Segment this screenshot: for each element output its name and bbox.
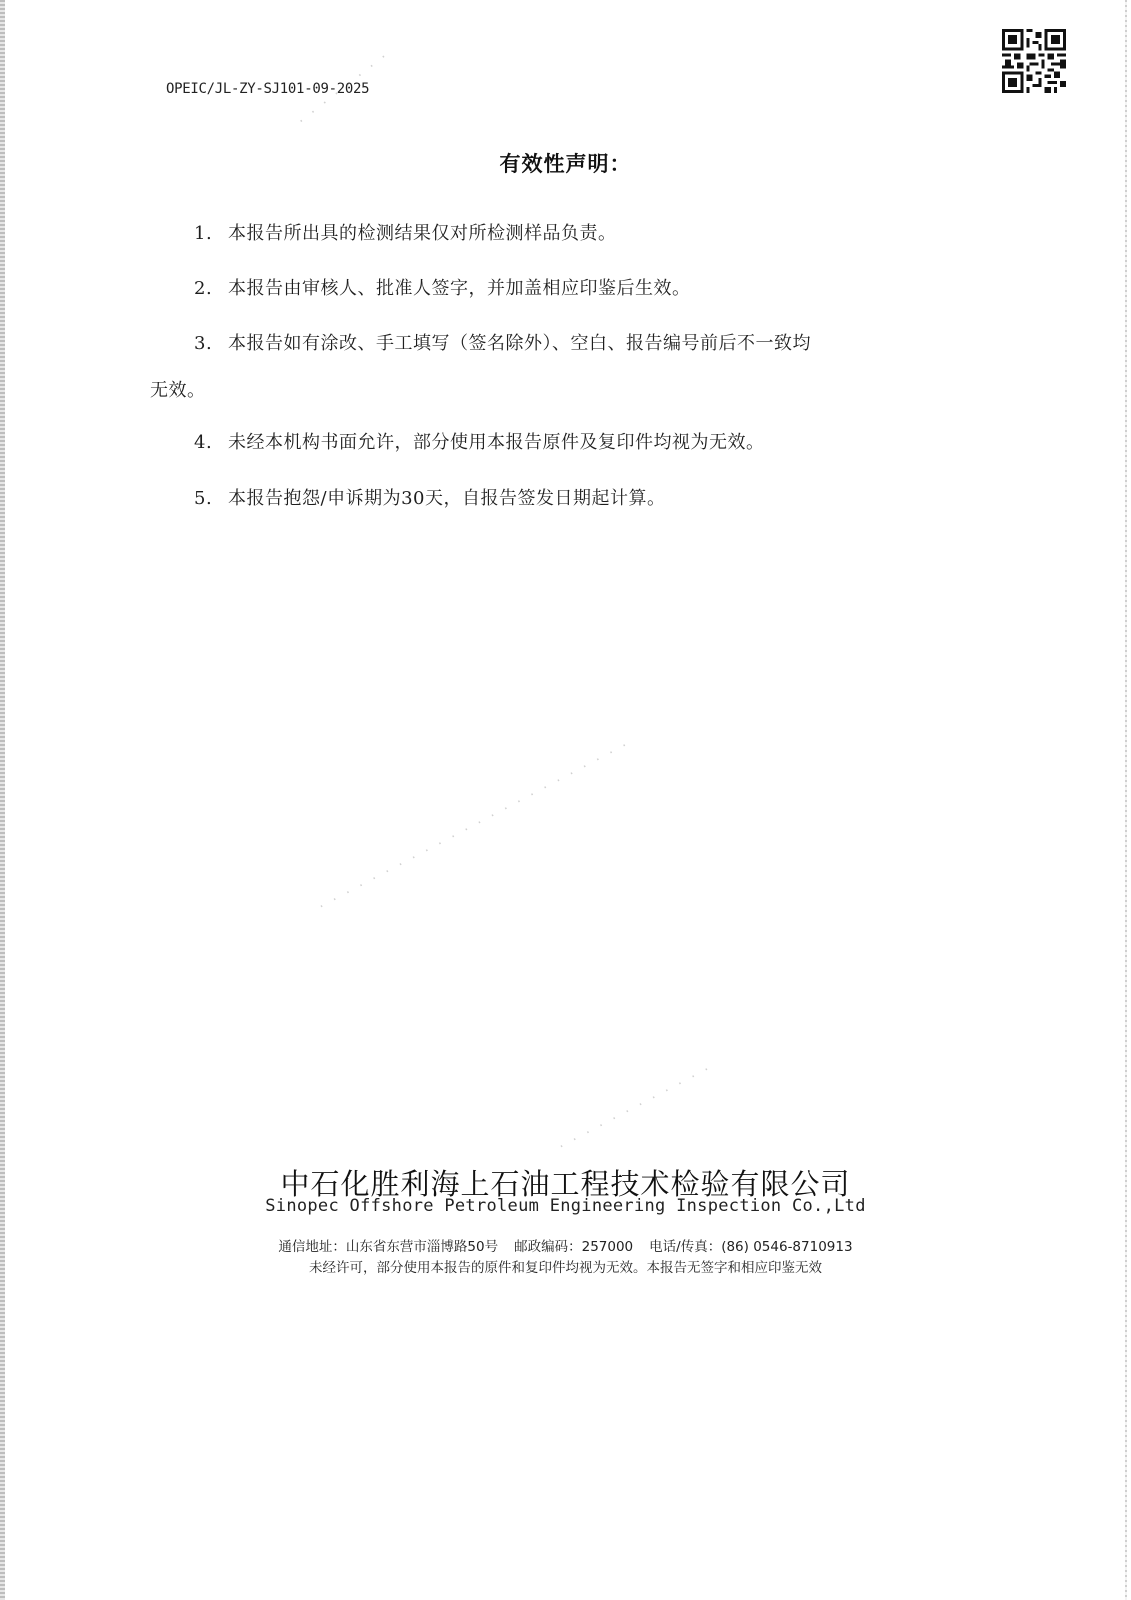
postcode: 邮政编码：257000 [514,1239,633,1255]
address: 通信地址：山东省东营市淄博路50号 [278,1239,498,1255]
clause-text: 无效。 [150,380,206,401]
clause-text: 本报告由审核人、批准人签字，并加盖相应印鉴后生效。 [228,278,691,299]
clause-number: 3. [194,333,228,354]
phone-fax: 电话/传真：(86) 0546-8710913 [649,1239,852,1255]
clause-number: 4. [194,432,228,453]
watermark: · · · · · · · · · · · · · · · · · · · · … [316,737,633,916]
contact-line: 通信地址：山东省东营市淄博路50号邮政编码：257000电话/传真：(86) 0… [0,1235,1131,1255]
qr-code-icon [1002,29,1066,93]
page-title: 有效性声明： [0,148,1131,178]
clause-5: 5.本报告抱怨/申诉期为30天，自报告签发日期起计算。 [194,484,665,510]
clause-1: 1.本报告所出具的检测结果仅对所检测样品负责。 [194,219,617,245]
clause-text: 本报告抱怨/申诉期为30天，自报告签发日期起计算。 [228,488,665,509]
clause-number: 2. [194,278,228,299]
clause-3-continuation: 无效。 [150,376,206,402]
clause-2: 2.本报告由审核人、批准人签字，并加盖相应印鉴后生效。 [194,274,691,300]
clause-text: 未经本机构书面允许，部分使用本报告原件及复印件均视为无效。 [228,432,765,453]
watermark: · · · · · · · · · · · · [556,1060,715,1155]
clause-4: 4.未经本机构书面允许，部分使用本报告原件及复印件均视为无效。 [194,428,765,454]
clause-number: 5. [194,488,228,509]
company-name-en: Sinopec Offshore Petroleum Engineering I… [0,1196,1131,1216]
scan-edge-left [0,0,5,1600]
footer-disclaimer: 未经许可，部分使用本报告的原件和复印件均视为无效。本报告无签字和相应印鉴无效 [0,1256,1131,1276]
clause-number: 1. [194,223,228,244]
clause-3: 3.本报告如有涂改、手工填写（签名除外）、空白、报告编号前后不一致均 [194,329,811,355]
scan-edge-right [1125,0,1127,1600]
clause-text: 本报告所出具的检测结果仅对所检测样品负责。 [228,223,617,244]
document-code: OPEIC/JL-ZY-SJ101-09-2025 [166,81,369,97]
clause-text: 本报告如有涂改、手工填写（签名除外）、空白、报告编号前后不一致均 [228,333,811,354]
